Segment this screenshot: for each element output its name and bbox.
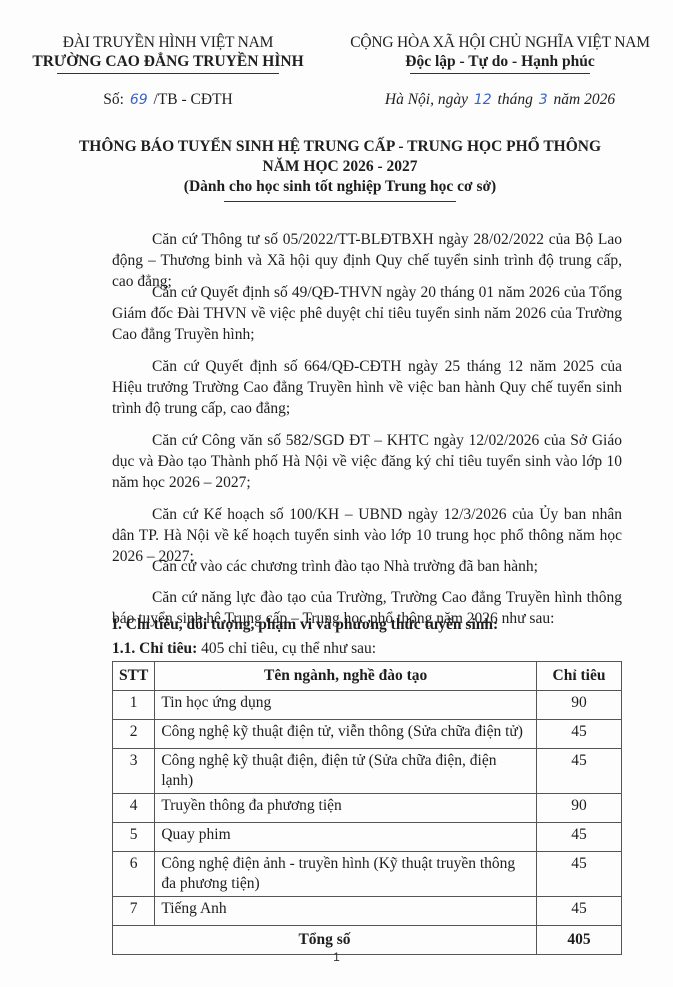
table-row: 1Tin học ứng dụng90: [113, 691, 622, 720]
table-header-row: STT Tên ngành, nghề đào tạo Chỉ tiêu: [113, 662, 622, 691]
doc-number-prefix: Số:: [103, 91, 124, 108]
school-name: TRƯỜNG CAO ĐẲNG TRUYỀN HÌNH: [10, 52, 326, 71]
cell-program-name: Tiếng Anh: [155, 897, 537, 926]
legal-basis-paragraph: Căn cứ Công văn số 582/SGD ĐT – KHTC ngà…: [112, 430, 622, 493]
header-quota: Chỉ tiêu: [537, 662, 622, 691]
cell-quota: 45: [537, 823, 622, 852]
table-row: 2Công nghệ kỹ thuật điện tử, viễn thông …: [113, 720, 622, 749]
agency-name: ĐÀI TRUYỀN HÌNH VIỆT NAM: [10, 33, 326, 52]
cell-quota: 45: [537, 749, 622, 794]
document-date: Hà Nội, ngày 12 tháng 3 năm 2026: [330, 91, 670, 109]
cell-program-name: Công nghệ kỹ thuật điện tử, viễn thông (…: [155, 720, 537, 749]
subsection-text: 405 chỉ tiêu, cụ thể như sau:: [197, 640, 376, 657]
table-row: 6Công nghệ điện ảnh - truyền hình (Kỹ th…: [113, 852, 622, 897]
legal-basis-paragraph: Căn cứ Quyết định số 664/QĐ-CĐTH ngày 25…: [112, 356, 622, 419]
national-motto: Độc lập - Tự do - Hạnh phúc: [330, 52, 670, 71]
date-month-label: tháng: [498, 91, 533, 108]
header-stt: STT: [113, 662, 155, 691]
document-title: THÔNG BÁO TUYỂN SINH HỆ TRUNG CẤP - TRUN…: [20, 137, 660, 202]
table-row: 3Công nghệ kỹ thuật điện, điện tử (Sửa c…: [113, 749, 622, 794]
cell-quota: 90: [537, 794, 622, 823]
date-year: năm 2026: [554, 91, 616, 108]
section-heading: I. Chỉ tiêu, đối tượng, phạm vi và phươn…: [112, 614, 622, 635]
legal-basis-paragraph: Căn cứ vào các chương trình đào tạo Nhà …: [112, 556, 622, 577]
cell-quota: 45: [537, 852, 622, 897]
issuing-agency-block: ĐÀI TRUYỀN HÌNH VIỆT NAM TRƯỜNG CAO ĐẲNG…: [10, 33, 326, 74]
cell-quota: 45: [537, 720, 622, 749]
legal-basis-paragraph: Căn cứ Quyết định số 49/QĐ-THVN ngày 20 …: [112, 282, 622, 345]
title-underline: [224, 201, 456, 202]
doc-number-handwritten: 69: [128, 92, 150, 108]
subsection-quota: 1.1. Chỉ tiêu: 405 chỉ tiêu, cụ thể như …: [112, 638, 622, 659]
title-line-3: (Dành cho học sinh tốt nghiệp Trung học …: [20, 177, 660, 197]
cell-program-name: Tin học ứng dụng: [155, 691, 537, 720]
cell-program-name: Quay phim: [155, 823, 537, 852]
page-number: 1: [0, 950, 673, 964]
cell-stt: 4: [113, 794, 155, 823]
document-number: Số: 69 /TB - CĐTH: [10, 91, 326, 109]
cell-quota: 90: [537, 691, 622, 720]
motto-underline: [410, 73, 590, 74]
date-prefix: Hà Nội, ngày: [385, 91, 468, 108]
date-month-handwritten: 3: [537, 92, 550, 108]
cell-program-name: Công nghệ điện ảnh - truyền hình (Kỹ thu…: [155, 852, 537, 897]
title-line-2: NĂM HỌC 2026 - 2027: [20, 157, 660, 177]
quota-table: STT Tên ngành, nghề đào tạo Chỉ tiêu 1Ti…: [112, 661, 622, 955]
doc-number-suffix: /TB - CĐTH: [154, 91, 233, 108]
cell-stt: 6: [113, 852, 155, 897]
title-line-1: THÔNG BÁO TUYỂN SINH HỆ TRUNG CẤP - TRUN…: [20, 137, 660, 157]
header-program: Tên ngành, nghề đào tạo: [155, 662, 537, 691]
table-row: 5Quay phim45: [113, 823, 622, 852]
cell-stt: 5: [113, 823, 155, 852]
table-row: 7Tiếng Anh45: [113, 897, 622, 926]
cell-quota: 45: [537, 897, 622, 926]
cell-stt: 1: [113, 691, 155, 720]
table-body: 1Tin học ứng dụng902Công nghệ kỹ thuật đ…: [113, 691, 622, 926]
cell-stt: 2: [113, 720, 155, 749]
cell-program-name: Công nghệ kỹ thuật điện, điện tử (Sửa ch…: [155, 749, 537, 794]
national-header-block: CỘNG HÒA XÃ HỘI CHỦ NGHĨA VIỆT NAM Độc l…: [330, 33, 670, 74]
date-day-handwritten: 12: [472, 92, 494, 108]
cell-stt: 7: [113, 897, 155, 926]
country-name: CỘNG HÒA XÃ HỘI CHỦ NGHĨA VIỆT NAM: [330, 33, 670, 52]
cell-program-name: Truyền thông đa phương tiện: [155, 794, 537, 823]
subsection-label: 1.1. Chỉ tiêu:: [112, 640, 197, 657]
agency-underline: [57, 73, 279, 74]
table-row: 4Truyền thông đa phương tiện90: [113, 794, 622, 823]
cell-stt: 3: [113, 749, 155, 794]
